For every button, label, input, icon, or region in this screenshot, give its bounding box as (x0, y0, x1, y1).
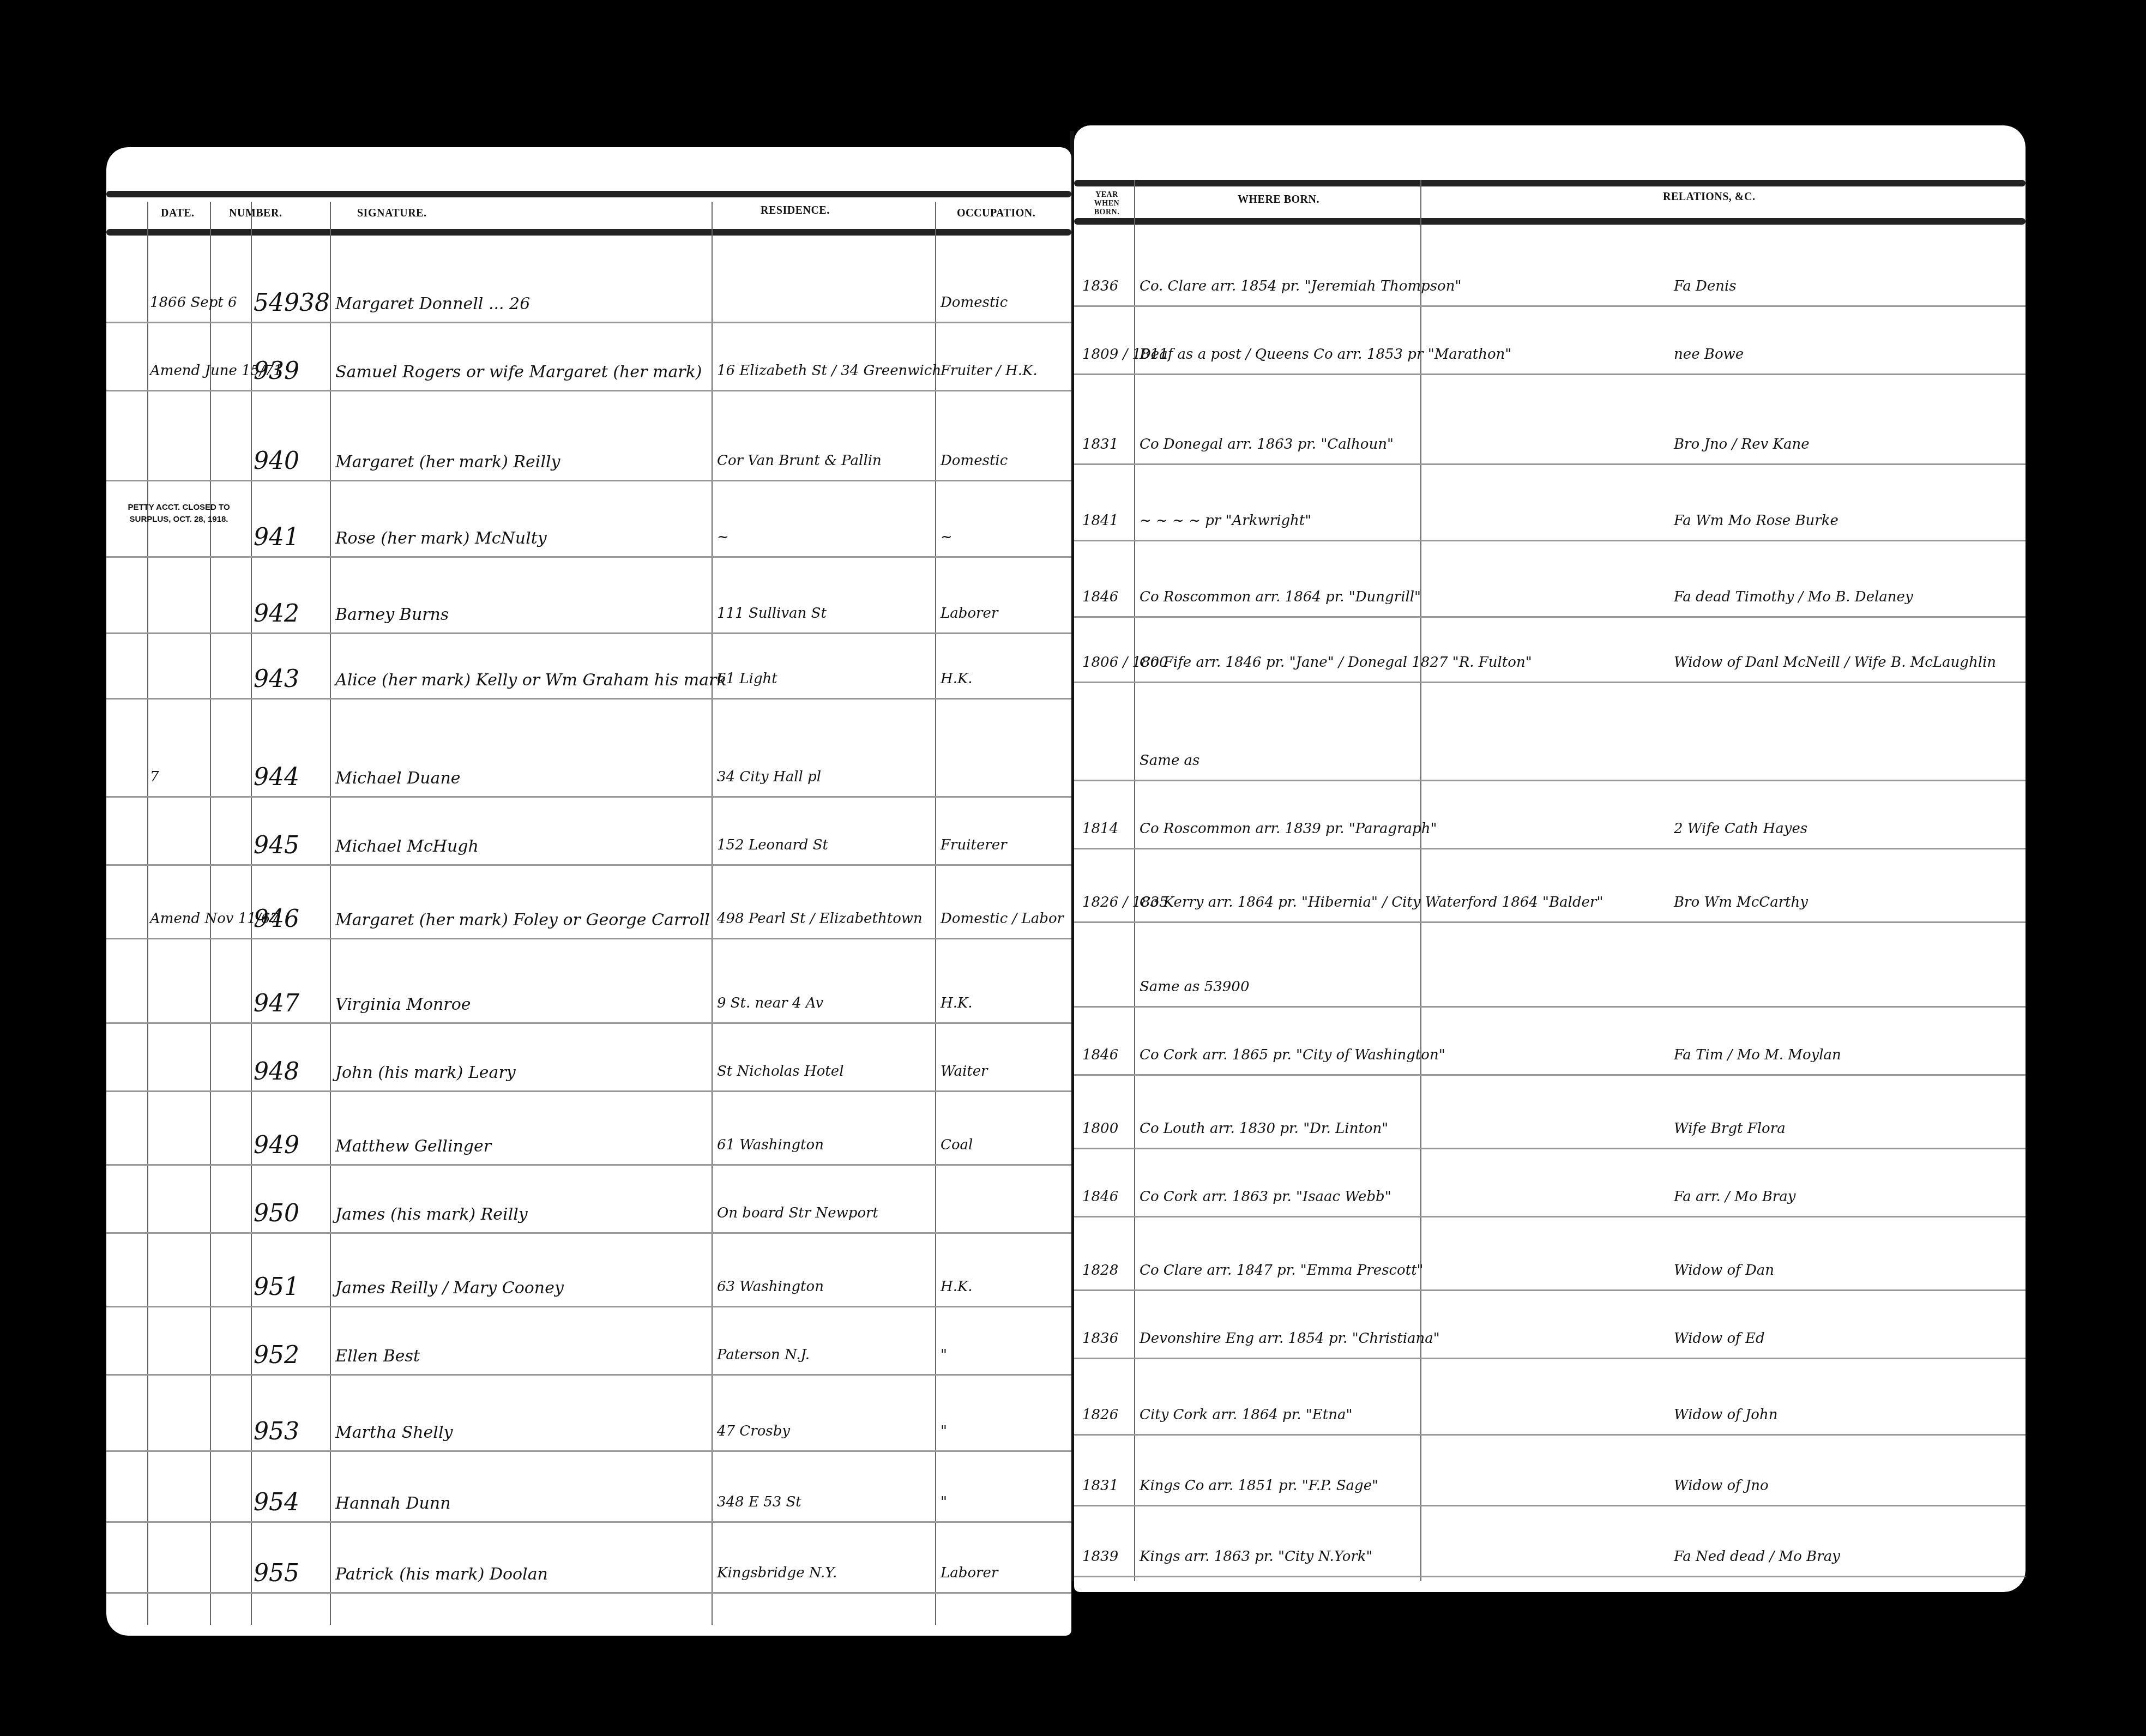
entry-signature: Barney Burns (335, 605, 449, 624)
entry-number: 951 (254, 1273, 299, 1301)
ruled-line (106, 1521, 1071, 1523)
entry-number: 940 (254, 447, 299, 475)
entry-relations: Wife Brgt Flora (1674, 1120, 1786, 1137)
entry-year-born: 1841 (1082, 513, 1118, 529)
header-rule-top (1074, 180, 2026, 186)
entry-where-born: Co. Clare arr. 1854 pr. "Jeremiah Thomps… (1140, 278, 1461, 294)
entry-where-born: City Cork arr. 1864 pr. "Etna" (1140, 1407, 1352, 1423)
entry-residence: Kingsbridge N.Y. (717, 1565, 837, 1581)
entry-where-born: Co Roscommon arr. 1864 pr. "Dungrill" (1140, 589, 1421, 605)
entry-signature: James (his mark) Reilly (335, 1205, 528, 1224)
entry-relations: 2 Wife Cath Hayes (1674, 821, 1807, 837)
ruled-line (106, 864, 1071, 866)
entry-year-born: 1846 (1082, 1189, 1118, 1205)
entry-where-born: Kings arr. 1863 pr. "City N.York" (1140, 1548, 1373, 1565)
entry-signature: Michael McHugh (335, 837, 479, 856)
ruled-line (106, 390, 1071, 391)
ruled-line (106, 698, 1071, 700)
entry-residence: 498 Pearl St / Elizabethtown (717, 911, 923, 927)
entry-number: 944 (254, 763, 299, 791)
entry-where-born: Co Louth arr. 1830 pr. "Dr. Linton" (1140, 1120, 1388, 1137)
entry-occupation: " (941, 1494, 947, 1510)
entry-relations: Widow of Jno (1674, 1478, 1769, 1494)
entry-number: 939 (254, 357, 299, 385)
entry-where-born: Deaf as a post / Queens Co arr. 1853 pr … (1140, 346, 1511, 363)
entry-where-born: Co Roscommon arr. 1839 pr. "Paragraph" (1140, 821, 1437, 837)
entry-number: 952 (254, 1341, 299, 1369)
entry-residence: 16 Elizabeth St / 34 Greenwich (717, 363, 941, 379)
ruled-line (106, 480, 1071, 481)
entry-signature: Ellen Best (335, 1347, 420, 1366)
entry-year-born: 1814 (1082, 821, 1118, 837)
ruled-line (1074, 1358, 2026, 1359)
ruled-line (1074, 1216, 2026, 1217)
entry-residence: On board Str Newport (717, 1205, 878, 1221)
entry-signature: Margaret (her mark) Reilly (335, 453, 560, 472)
header-rule-bottom (1074, 218, 2026, 225)
ruled-line (106, 1232, 1071, 1234)
entry-residence: 63 Washington (717, 1279, 824, 1295)
header-occupation: OCCUPATION. (957, 207, 1035, 220)
entry-number: 953 (254, 1418, 299, 1445)
entry-occupation: ~ (941, 529, 953, 545)
ruled-line (106, 556, 1071, 558)
entry-date: 7 (150, 769, 159, 785)
ruled-line (106, 1450, 1071, 1452)
entry-relations: Widow of Dan (1674, 1262, 1774, 1279)
ruled-line (1074, 682, 2026, 683)
entry-occupation: Laborer (941, 605, 998, 622)
ruled-line (1074, 780, 2026, 781)
header-where-born: WHERE BORN. (1238, 194, 1319, 206)
entry-signature: Virginia Monroe (335, 995, 471, 1014)
entry-relations: Widow of Danl McNeill / Wife B. McLaughl… (1674, 654, 1996, 671)
entry-occupation: " (941, 1347, 947, 1363)
entry-where-born: Co Kerry arr. 1864 pr. "Hibernia" / City… (1140, 894, 1603, 911)
entry-relations: Widow of Ed (1674, 1330, 1765, 1347)
entry-where-born: Kings Co arr. 1851 pr. "F.P. Sage" (1140, 1478, 1378, 1494)
entry-relations: Bro Jno / Rev Kane (1674, 436, 1810, 453)
entry-year-born: 1846 (1082, 1047, 1118, 1063)
entry-where-born: Co Fife arr. 1846 pr. "Jane" / Donegal 1… (1140, 654, 1532, 671)
entry-number: 950 (254, 1199, 299, 1227)
header-signature: SIGNATURE. (357, 207, 426, 220)
entry-occupation: " (941, 1423, 947, 1439)
ruled-line (106, 1374, 1071, 1376)
entry-year-born: 1836 (1082, 1330, 1118, 1347)
entry-date: 1866 Sept 6 (150, 294, 237, 311)
entry-occupation: Coal (941, 1137, 973, 1153)
column-divider (147, 202, 148, 1625)
header-relations: RELATIONS, &c. (1663, 191, 1755, 203)
entry-number: 955 (254, 1559, 299, 1587)
entry-occupation: Fruiterer (941, 837, 1007, 853)
entry-year-born: 1831 (1082, 436, 1118, 453)
ruled-line (106, 1306, 1071, 1307)
ruled-line (1074, 305, 2026, 307)
entry-occupation: Domestic / Labor (941, 911, 1064, 927)
entry-signature: Margaret (her mark) Foley or George Carr… (335, 911, 710, 930)
entry-residence: Cor Van Brunt & Pallin (717, 453, 882, 469)
entry-where-born: Same as (1140, 752, 1199, 769)
entry-occupation: Waiter (941, 1063, 988, 1080)
entry-year-born: 1836 (1082, 278, 1118, 294)
ruled-line (1074, 1006, 2026, 1008)
header-year-born: Year When Born. (1085, 191, 1129, 217)
entry-relations: Bro Wm McCarthy (1674, 894, 1808, 911)
entry-residence: 34 City Hall pl (717, 769, 821, 785)
entry-residence: 61 Washington (717, 1137, 824, 1153)
entry-number: 949 (254, 1131, 299, 1159)
ruled-line (106, 632, 1071, 634)
entry-signature: Patrick (his mark) Doolan (335, 1565, 548, 1584)
ruled-line (1074, 373, 2026, 375)
entry-occupation: H.K. (941, 995, 973, 1011)
entry-number: 948 (254, 1058, 299, 1086)
entry-residence: 61 Light (717, 671, 777, 687)
entry-signature: Rose (her mark) McNulty (335, 529, 547, 548)
ruled-line (1074, 1148, 2026, 1149)
entry-year-born: 1839 (1082, 1548, 1118, 1565)
entry-occupation: H.K. (941, 671, 973, 687)
ruled-line (106, 796, 1071, 798)
ruled-line (106, 1022, 1071, 1024)
entry-occupation: Domestic (941, 453, 1008, 469)
entry-occupation: Laborer (941, 1565, 998, 1581)
column-divider (330, 202, 331, 1625)
petty-account-stamp: PETTY ACCT. CLOSED TO SURPLUS, OCT. 28, … (116, 502, 242, 526)
entry-signature: Margaret Donnell ... 26 (335, 294, 530, 314)
entry-relations: Fa dead Timothy / Mo B. Delaney (1674, 589, 1913, 605)
entry-residence: 348 E 53 St (717, 1494, 801, 1510)
entry-occupation: Fruiter / H.K. (941, 363, 1038, 379)
column-divider (1420, 180, 1421, 1581)
ruled-line (106, 1164, 1071, 1166)
entry-number: 954 (254, 1488, 299, 1516)
ruled-line (1074, 1289, 2026, 1291)
ruled-line (1074, 1505, 2026, 1506)
entry-signature: Matthew Gellinger (335, 1137, 491, 1156)
entry-where-born: Co Cork arr. 1863 pr. "Isaac Webb" (1140, 1189, 1391, 1205)
entry-signature: Michael Duane (335, 769, 461, 788)
ruled-line (1074, 463, 2026, 465)
header-rule-top (106, 191, 1071, 197)
entry-occupation: Domestic (941, 294, 1008, 311)
column-divider (1134, 180, 1135, 1581)
entry-number: 54938 (254, 289, 330, 317)
entry-number: 941 (254, 523, 299, 551)
entry-relations: Fa arr. / Mo Bray (1674, 1189, 1795, 1205)
header-date: DATE. (161, 207, 195, 220)
entry-where-born: Co Donegal arr. 1863 pr. "Calhoun" (1140, 436, 1394, 453)
entry-year-born: 1846 (1082, 589, 1118, 605)
ruled-line (1074, 1434, 2026, 1436)
ruled-line (1074, 1074, 2026, 1076)
ruled-line (1074, 616, 2026, 618)
ruled-line (106, 938, 1071, 939)
entry-relations: Fa Wm Mo Rose Burke (1674, 513, 1838, 529)
entry-relations: Fa Tim / Mo M. Moylan (1674, 1047, 1841, 1063)
entry-relations: Fa Ned dead / Mo Bray (1674, 1548, 1840, 1565)
entry-where-born: Co Clare arr. 1847 pr. "Emma Prescott" (1140, 1262, 1424, 1279)
entry-residence: St Nicholas Hotel (717, 1063, 843, 1080)
ruled-line (106, 1592, 1071, 1594)
entry-signature: John (his mark) Leary (335, 1063, 516, 1082)
right-page: Year When Born. WHERE BORN. RELATIONS, &… (1074, 125, 2026, 1592)
entry-number: 945 (254, 831, 299, 859)
header-residence: RESIDENCE. (761, 204, 830, 217)
entry-signature: Samuel Rogers or wife Margaret (her mark… (335, 363, 702, 382)
entry-number: 946 (254, 905, 299, 933)
entry-relations: Widow of John (1674, 1407, 1778, 1423)
entry-relations: nee Bowe (1674, 346, 1744, 363)
entry-signature: James Reilly / Mary Cooney (335, 1279, 564, 1298)
entry-relations: Fa Denis (1674, 278, 1737, 294)
entry-number: 942 (254, 600, 299, 628)
column-divider (935, 202, 936, 1625)
entry-residence: 111 Sullivan St (717, 605, 827, 622)
entry-year-born: 1826 (1082, 1407, 1118, 1423)
entry-where-born: Co Cork arr. 1865 pr. "City of Washingto… (1140, 1047, 1445, 1063)
entry-number: 947 (254, 990, 299, 1017)
header-number: NUMBER. (229, 207, 282, 220)
entry-where-born: Same as 53900 (1140, 979, 1249, 995)
entry-residence: 47 Crosby (717, 1423, 790, 1439)
ruled-line (106, 1090, 1071, 1092)
entry-residence: Paterson N.J. (717, 1347, 810, 1363)
entry-year-born: 1800 (1082, 1120, 1118, 1137)
entry-signature: Hannah Dunn (335, 1494, 450, 1513)
entry-occupation: H.K. (941, 1279, 973, 1295)
ruled-line (106, 322, 1071, 323)
column-divider (712, 202, 713, 1625)
entry-number: 943 (254, 665, 299, 693)
ruled-line (1074, 1576, 2026, 1577)
entry-residence: 9 St. near 4 Av (717, 995, 823, 1011)
entry-year-born: 1831 (1082, 1478, 1118, 1494)
entry-signature: Martha Shelly (335, 1423, 453, 1442)
entry-residence: ~ (717, 529, 729, 545)
left-page: DATE. NUMBER. SIGNATURE. RESIDENCE. OCCU… (106, 147, 1071, 1636)
entry-year-born: 1828 (1082, 1262, 1118, 1279)
ruled-line (1074, 848, 2026, 849)
ruled-line (1074, 921, 2026, 923)
entry-where-born: Devonshire Eng arr. 1854 pr. "Christiana… (1140, 1330, 1440, 1347)
ruled-line (1074, 540, 2026, 541)
entry-residence: 152 Leonard St (717, 837, 828, 853)
entry-where-born: ~ ~ ~ ~ pr "Arkwright" (1140, 513, 1311, 529)
entry-signature: Alice (her mark) Kelly or Wm Graham his … (335, 671, 727, 690)
